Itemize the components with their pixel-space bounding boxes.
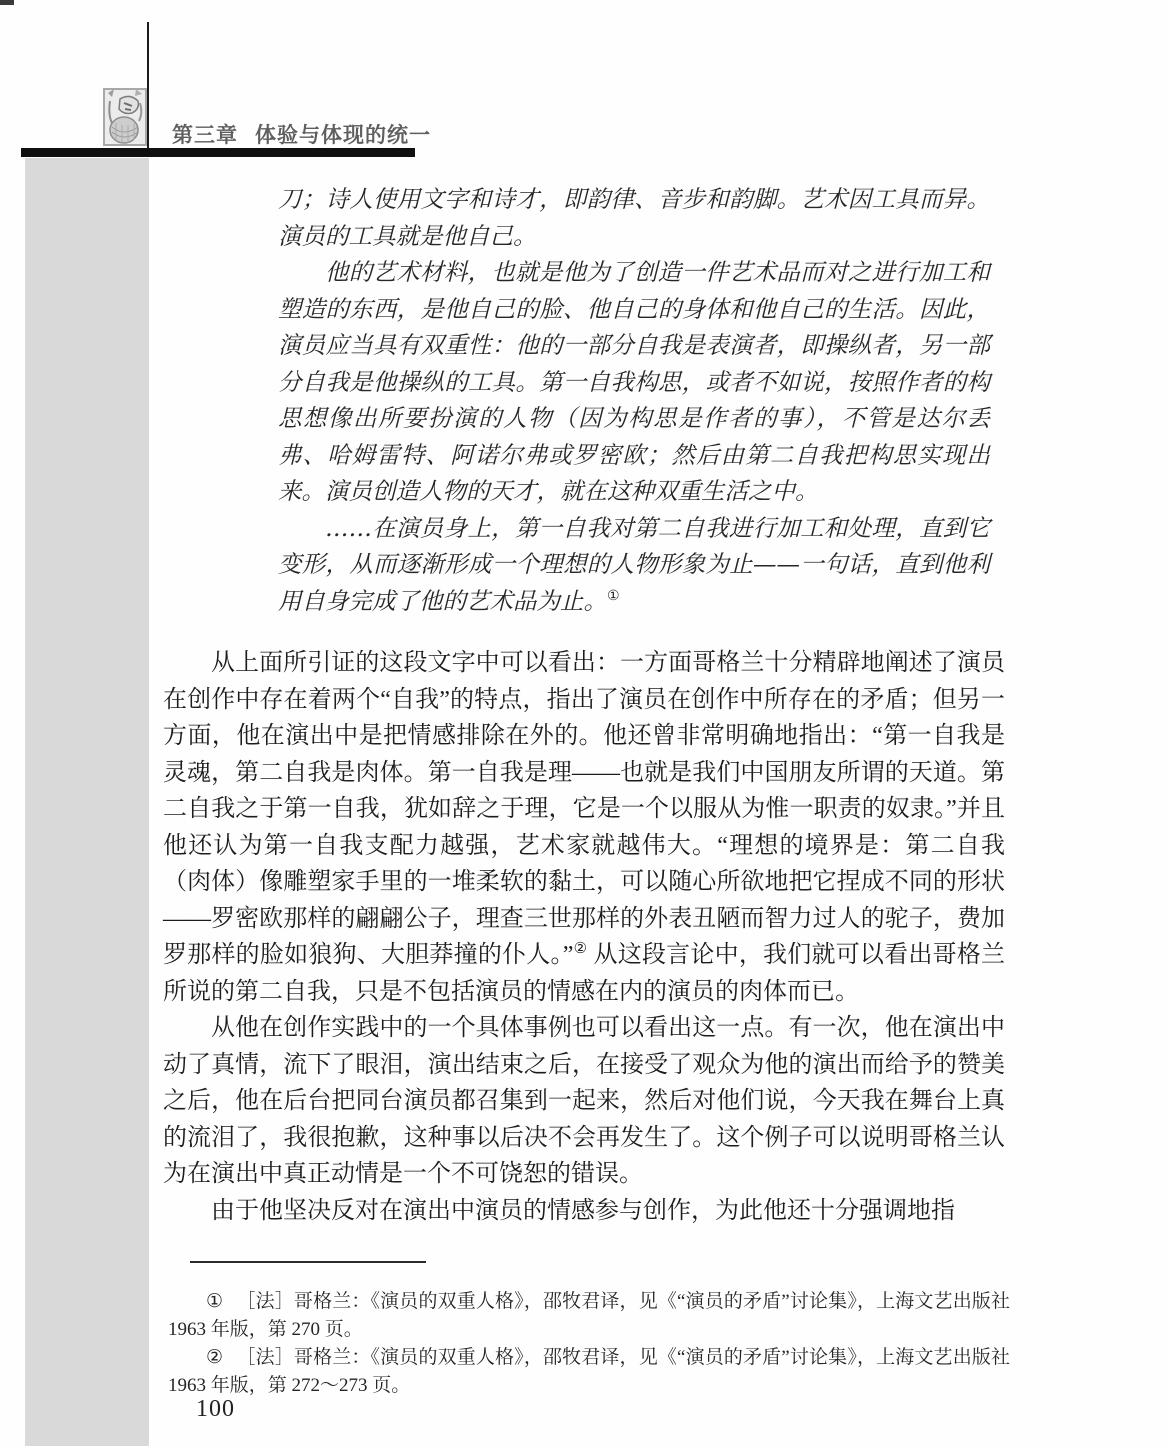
chapter-heading: 第三章体验与体现的统一 [172,119,431,149]
body-text: 从上面所引证的这段文字中可以看出：一方面哥格兰十分精辟地阐述了演员在创作中存在着… [163,645,1005,1229]
quote-text: ……在演员身上，第一自我对第二自我进行加工和处理，直到它变形，从而逐渐形成一个理… [278,514,990,615]
footnote-marker: ① [206,1291,223,1312]
footnote-ref-1: ① [607,588,620,604]
footnote-marker: ② [206,1347,223,1368]
body-text-segment: 从上面所引证的这段文字中可以看出：一方面哥格兰十分精辟地阐述了演员在创作中存在着… [163,650,1005,968]
footnote-text: ［法］哥格兰：《演员的双重人格》，邵牧君译，见《“演员的矛盾”讨论集》，上海文艺… [168,1291,1010,1340]
quote-paragraph: 他的艺术材料，也就是他为了创造一件艺术品而对之进行加工和塑造的东西，是他自己的脸… [278,254,990,510]
block-quote: 刀；诗人使用文字和诗才，即韵律、音步和韵脚。艺术因工具而异。演员的工具就是他自己… [278,181,990,619]
chapter-number: 第三章 [172,124,238,147]
scan-corner-mark [0,0,14,5]
book-page: 第三章体验与体现的统一 刀；诗人使用文字和诗才，即韵律、音步和韵脚。艺术因工具而… [0,0,1167,1446]
chapter-emblem-icon [102,85,148,148]
body-paragraph: 从上面所引证的这段文字中可以看出：一方面哥格兰十分精辟地阐述了演员在创作中存在着… [163,645,1005,1010]
left-margin-stripe [25,158,149,1446]
footnote-item: ①［法］哥格兰：《演员的双重人格》，邵牧君译，见《“演员的矛盾”讨论集》，上海文… [168,1288,1010,1344]
footnote-text: ［法］哥格兰：《演员的双重人格》，邵牧君译，见《“演员的矛盾”讨论集》，上海文艺… [168,1347,1010,1396]
quote-paragraph-continuation: 刀；诗人使用文字和诗才，即韵律、音步和韵脚。艺术因工具而异。演员的工具就是他自己… [278,181,990,254]
footnote-item: ②［法］哥格兰：《演员的双重人格》，邵牧君译，见《“演员的矛盾”讨论集》，上海文… [168,1344,1010,1400]
header-rule [21,148,415,157]
chapter-title-text: 体验与体现的统一 [255,124,431,147]
footnotes: ①［法］哥格兰：《演员的双重人格》，邵牧君译，见《“演员的矛盾”讨论集》，上海文… [168,1288,1010,1400]
quote-paragraph: ……在演员身上，第一自我对第二自我进行加工和处理，直到它变形，从而逐渐形成一个理… [278,510,990,620]
page-number: 100 [196,1396,235,1423]
page-content: 刀；诗人使用文字和诗才，即韵律、音步和韵脚。艺术因工具而异。演员的工具就是他自己… [163,181,1005,1229]
footnote-separator [190,1261,426,1263]
body-paragraph: 从他在创作实践中的一个具体事例也可以看出这一点。有一次，他在演出中动了真情，流下… [163,1010,1005,1193]
body-paragraph: 由于他坚决反对在演出中演员的情感参与创作，为此他还十分强调地指 [163,1193,1005,1230]
footnote-ref-2: ② [573,941,587,957]
